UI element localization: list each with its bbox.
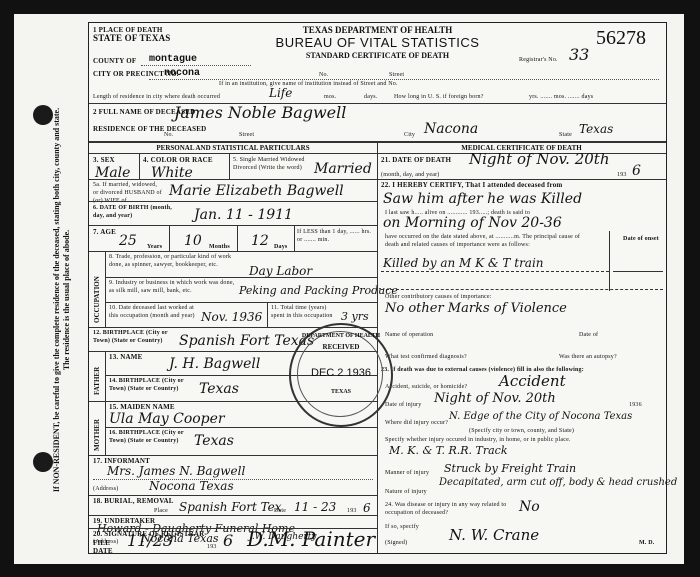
autopsy-label: Was there an autopsy? [559, 353, 617, 361]
residence-state-value: Texas [579, 121, 613, 137]
residence-length-value: Life [269, 85, 292, 101]
stamp-date: DEC 2 1936 [291, 367, 391, 379]
stamp-state: TEXAS [291, 389, 391, 395]
department-title: TEXAS DEPARTMENT OF HEALTH [89, 25, 666, 35]
foreign-units: yrs. ....... mos. ....... days [529, 93, 593, 101]
sex-label: 3. SEX [93, 156, 115, 164]
foreign-born-label: How long in U. S. if foreign born? [394, 93, 484, 101]
received-stamp: DEPARTMENT OF HEALTH RECEIVED DEC 2 1936… [289, 323, 393, 427]
contributory-value: No other Marks of Violence [385, 301, 567, 317]
age-label: 7. AGE [93, 228, 116, 236]
residence-length-label: Length of residence in city where death … [93, 93, 220, 101]
file-date-label: FILE DATE [93, 539, 113, 555]
informant-address-label: (Address) [93, 485, 118, 493]
full-name-value: James Noble Bagwell [174, 105, 346, 121]
marital-label: 5. Single Married Widowed Divorced (Writ… [233, 156, 313, 172]
non-resident-note-line1: If NON-RESIDENT, be careful to give the … [52, 40, 62, 560]
days-label: days. [364, 93, 378, 101]
age-years: 25 [119, 233, 137, 249]
residence-label: RESIDENCE OF THE DECEASED [93, 125, 206, 133]
stamp-department: DEPARTMENT OF HEALTH [291, 333, 391, 339]
date-of-death-value: Night of Nov. 20th [469, 151, 610, 167]
burial-year-prefix: 193 [347, 507, 357, 515]
race-label: 4. COLOR OR RACE [143, 156, 213, 164]
manner-label: Manner of injury [385, 469, 429, 477]
less-than-day-label: If LESS than 1 day, ...... hrs. or .....… [297, 228, 375, 244]
mother-name-value: Ula May Cooper [109, 411, 225, 427]
certify-label: 22. I HEREBY CERTIFY, That I attended de… [381, 181, 562, 189]
punch-hole-top [33, 105, 53, 125]
residence-state-label: State [559, 131, 572, 139]
birthplace-label: 12. BIRTHPLACE (City or Town) (State or … [93, 329, 173, 345]
father-birthplace-value: Texas [199, 381, 239, 397]
father-birthplace-label: 14. BIRTHPLACE (City or Town) (State or … [109, 377, 189, 393]
spouse-value: Marie Elizabeth Bagwell [169, 183, 344, 199]
certify-text: Saw him after he was Killed [383, 191, 582, 207]
days-label: Days [274, 243, 287, 251]
file-year-prefix: 193 [207, 543, 217, 551]
burial-date-label: Date [274, 507, 286, 515]
mother-birthplace-label: 16. BIRTHPLACE (City or Town) (State or … [109, 429, 189, 445]
mother-section-label: MOTHER [93, 419, 101, 451]
residence-city-value: Nacona [424, 121, 478, 137]
burial-year-suffix: 6 [363, 500, 371, 516]
non-resident-note: If NON-RESIDENT, be careful to give the … [52, 40, 72, 560]
burial-place-label: Place [154, 507, 168, 515]
mother-name-label: 15. MAIDEN NAME [109, 403, 175, 411]
physician-signature: N. W. Crane [449, 527, 539, 543]
signed-label: (Signed) [385, 539, 407, 547]
last-worked-value: Nov. 1936 [201, 309, 262, 325]
mother-birthplace-value: Texas [194, 433, 234, 449]
onset-label: Date of onset [621, 235, 661, 243]
residence-city-label: City [404, 131, 415, 139]
city-value: nocona [164, 68, 200, 79]
county-value: montague [149, 54, 197, 65]
total-time-label: 11. Total time (years) spent in this occ… [271, 304, 341, 320]
injury-date-value: Night of Nov. 20th [434, 391, 556, 407]
injury-where-label: Where did injury occur? [385, 419, 448, 427]
marital-value: Married [314, 161, 372, 177]
nature-value: Decapitated, arm cut off, body & head cr… [439, 475, 677, 491]
years-label: Years [147, 243, 162, 251]
burial-date: 11 - 23 [294, 499, 336, 515]
date-of-death-label: 21. DATE OF DEATH [381, 156, 451, 164]
non-resident-note-line2: The residence is the usual place of abod… [62, 40, 72, 560]
certificate-number: 56278 [596, 27, 646, 50]
burial-place: Spanish Fort Tex [179, 499, 282, 515]
father-name-value: J. H. Bagwell [169, 356, 260, 372]
stamp-received: RECEIVED [291, 343, 391, 351]
operation-date-label: Date of [579, 331, 598, 339]
father-name-label: 13. NAME [109, 353, 143, 361]
if-so-label: If so, specify [385, 523, 419, 531]
cause-value: Killed by an M K & T train [383, 255, 544, 271]
residence-street-label: Street [239, 131, 254, 139]
personal-section-title: PERSONAL AND STATISTICAL PARTICULARS [89, 144, 377, 152]
dod-sub-label: (month, day, and year) [381, 171, 440, 179]
diagnosis-label: What test confirmed diagnosis? [385, 353, 467, 361]
injury-where-sub: (Specify city or town, county, and State… [469, 427, 574, 435]
registrar-no-value: 33 [569, 47, 589, 63]
street-label: Street [389, 71, 404, 79]
months-label: Months [209, 243, 230, 251]
injury-date-label: Date of injury [385, 401, 421, 409]
registrar-no-label: Registrar's No. [519, 56, 558, 64]
contributory-label: Other contributory causes of importance: [385, 293, 492, 301]
occupation-section-label: OCCUPATION [93, 276, 101, 323]
father-section-label: FATHER [93, 367, 101, 395]
residence-no-label: No. [164, 131, 173, 139]
mos-label: mos. [324, 93, 336, 101]
no-label: No. [319, 71, 328, 79]
related-label: 24. Was disease or injury in any way rel… [385, 501, 535, 517]
registrar-signature: D.M. Painter [247, 531, 375, 547]
punch-hole-bottom [33, 452, 53, 472]
md-label: M. D. [639, 539, 655, 547]
death-certificate-form: 1 PLACE OF DEATH STATE OF TEXAS TEXAS DE… [88, 22, 667, 554]
informant-name: Mrs. James N. Bagwell [107, 463, 245, 479]
institution-note: If in an institution, give name of insti… [219, 80, 398, 88]
operation-label: Name of operation [385, 331, 433, 339]
county-label: COUNTY OF [93, 57, 136, 65]
age-months: 10 [184, 233, 202, 249]
injury-where-value: N. Edge of the City of Nocona Texas [449, 409, 632, 425]
dob-label: 6. DATE OF BIRTH (month, day, and year) [93, 204, 173, 220]
last-saw-text: on Morning of Nov 20-36 [383, 215, 562, 231]
informant-address: Nocona Texas [149, 478, 234, 494]
related-value: No [519, 499, 540, 515]
nature-label: Nature of injury [385, 488, 427, 496]
dob-value: Jan. 11 - 1911 [194, 207, 293, 223]
industry-value: Peking and Packing Produce [239, 283, 398, 299]
file-date-value: 11/23 [127, 533, 173, 549]
industry-label: 9. Industry or business in which work wa… [109, 279, 239, 295]
last-worked-label: 10. Date deceased last worked at this oc… [109, 304, 199, 320]
accident-value: Accident [499, 373, 566, 389]
specify-value: M. K. & T. R.R. Track [389, 443, 508, 459]
occurred-label: have occurred on the date stated above, … [385, 233, 585, 249]
accident-label: Accident, suicide, or homicide? [385, 383, 467, 391]
dod-year-suffix: 6 [632, 163, 641, 179]
dod-year-prefix: 193 [617, 171, 627, 179]
age-days: 12 [251, 233, 269, 249]
injury-year: 1936 [629, 401, 642, 409]
trade-label: 8. Trade, profession, or particular kind… [109, 253, 239, 269]
file-year-suffix: 6 [223, 533, 233, 549]
burial-label: 18. BURIAL, REMOVAL [93, 497, 174, 505]
